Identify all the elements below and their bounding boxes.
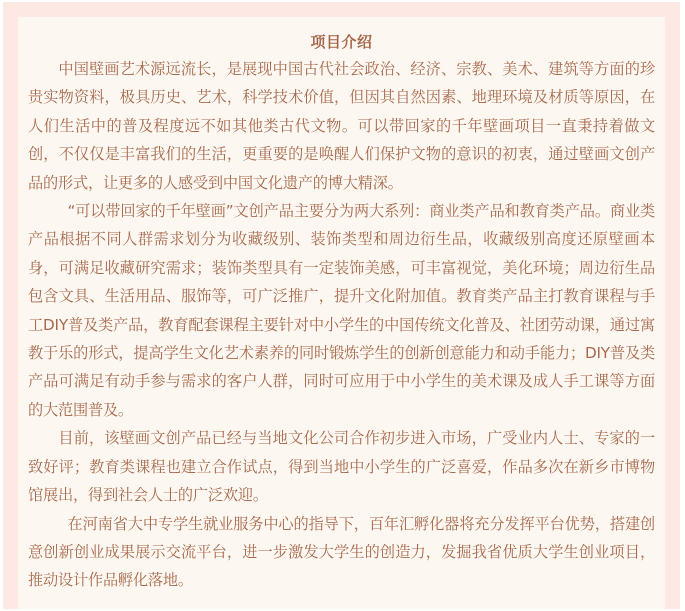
outer-frame: 项目介绍 中国壁画艺术源远流长，是展现中国古代社会政治、经济、宗教、美术、建筑等… xyxy=(3,2,680,609)
paragraph-market-status: 目前，该壁画文创产品已经与当地文化公司合作初步进入市场，广受业内人士、专家的一致… xyxy=(28,424,655,509)
paragraph-product-series: “可以带回家的千年壁画”文创产品主要分为两大系列：商业类产品和教育类产品。商业类… xyxy=(28,197,655,424)
paragraph-guidance: 在河南省大中专学生就业服务中心的指导下，百年汇孵化器将充分发挥平台优势，搭建创意… xyxy=(28,510,655,595)
paragraph-intro: 中国壁画艺术源远流长，是展现中国古代社会政治、经济、宗教、美术、建筑等方面的珍贵… xyxy=(28,55,655,197)
content-panel: 项目介绍 中国壁画艺术源远流长，是展现中国古代社会政治、经济、宗教、美术、建筑等… xyxy=(18,17,665,609)
section-title: 项目介绍 xyxy=(28,29,655,55)
